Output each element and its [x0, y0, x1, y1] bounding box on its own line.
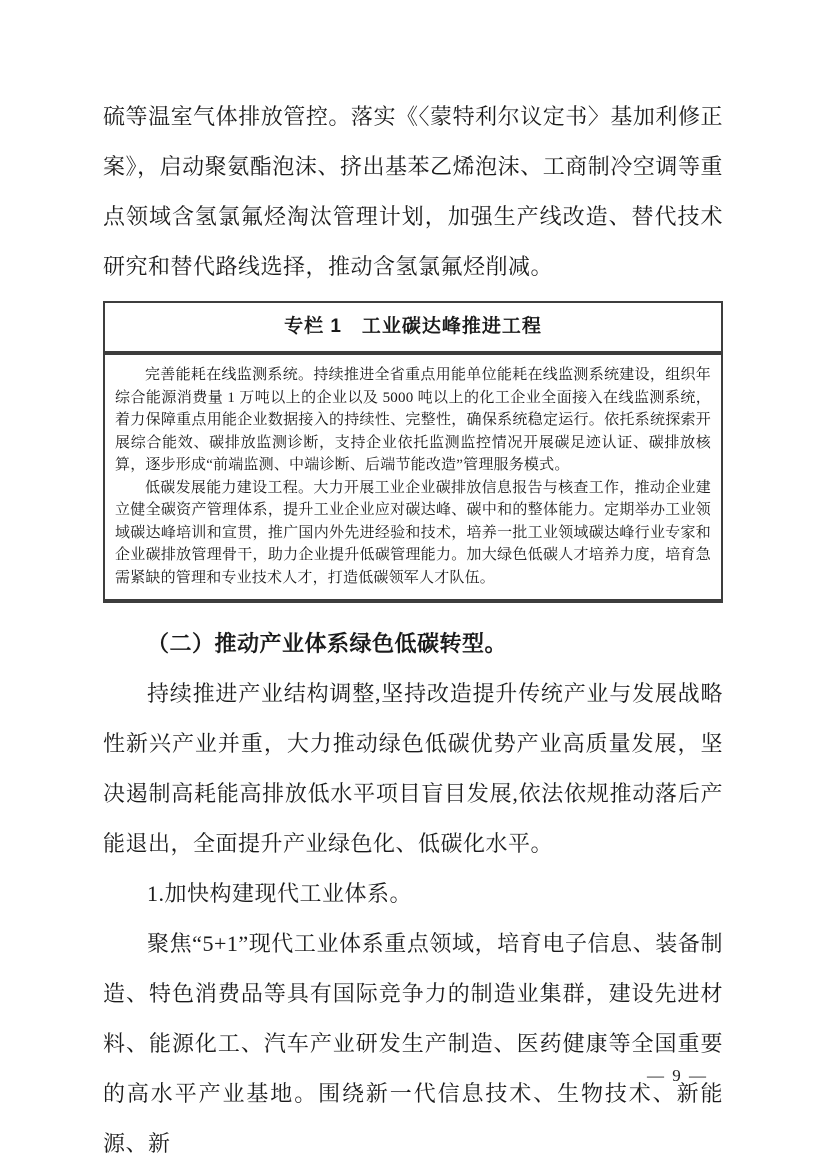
subsection-heading: 1.加快构建现代工业体系。	[103, 869, 723, 919]
paragraph-intro: 硫等温室气体排放管控。落实《〈蒙特利尔议定书〉基加利修正案》，启动聚氨酯泡沫、挤…	[103, 92, 723, 292]
paragraph: 持续推进产业结构调整,坚持改造提升传统产业与发展战略性新兴产业并重，大力推动绿色…	[103, 669, 723, 869]
callout-box-body: 完善能耗在线监测系统。持续推进全省重点用能单位能耗在线监测系统建设，组织年综合能…	[105, 355, 721, 599]
section-heading: （二）推动产业体系绿色低碳转型。	[103, 619, 723, 669]
callout-paragraph: 完善能耗在线监测系统。持续推进全省重点用能单位能耗在线监测系统建设，组织年综合能…	[115, 364, 711, 477]
callout-box-column1: 专栏 1 工业碳达峰推进工程 完善能耗在线监测系统。持续推进全省重点用能单位能耗…	[103, 301, 723, 603]
callout-box-title: 专栏 1 工业碳达峰推进工程	[105, 303, 721, 355]
page-number: — 9 —	[647, 1066, 708, 1086]
callout-paragraph: 低碳发展能力建设工程。大力开展工业企业碳排放信息报告与核查工作，推动企业建立健全…	[115, 477, 711, 590]
paragraph: 聚焦“5+1”现代工业体系重点领域，培育电子信息、装备制造、特色消费品等具有国际…	[103, 919, 723, 1169]
callout-paragraph-lead: 完善能耗在线监测系统。	[145, 367, 313, 383]
callout-paragraph-lead: 低碳发展能力建设工程。	[145, 480, 313, 496]
document-page: 硫等温室气体排放管控。落实《〈蒙特利尔议定书〉基加利修正案》，启动聚氨酯泡沫、挤…	[0, 0, 826, 1169]
